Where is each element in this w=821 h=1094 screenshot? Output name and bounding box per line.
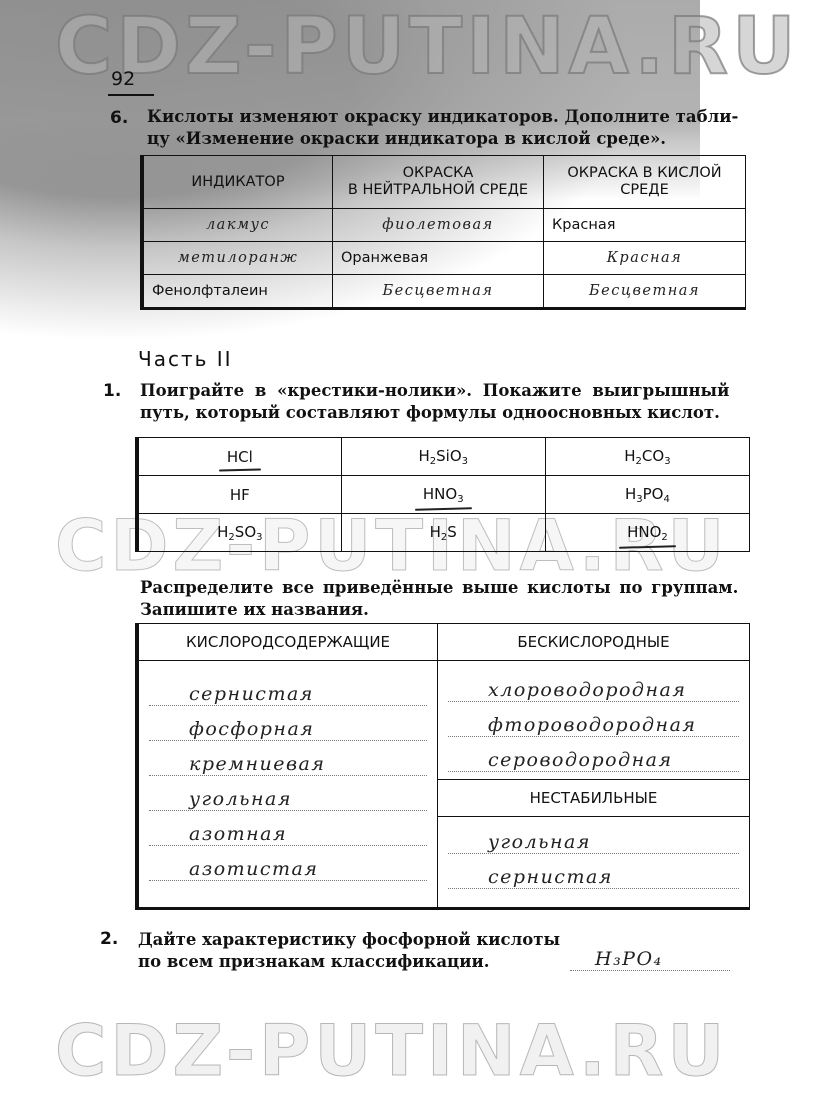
- oxygen-containing-list: сернистаяфосфорнаякремниеваяугольнаяазот…: [137, 661, 438, 909]
- list-item[interactable]: хлороводородная: [448, 667, 739, 702]
- grid-row: HF HNO3 H3PO4: [137, 476, 750, 514]
- task-1-text-line2: путь, который составляют формулы одноосн…: [140, 402, 720, 424]
- watermark-top: CDZ-PUTINA.RU: [55, 2, 799, 92]
- grid-cell[interactable]: H3PO4: [545, 476, 749, 514]
- task-6-text-line1: Кислоты изменяют окраску индикаторов. До…: [147, 106, 738, 128]
- grid-row: HCl H2SiO3 H2CO3: [137, 438, 750, 476]
- list-item-text: сероводородная: [488, 749, 673, 771]
- neutral-color-cell[interactable]: фиолетовая: [333, 209, 544, 242]
- watermark-bottom: CDZ-PUTINA.RU: [55, 1010, 728, 1092]
- task-6-text-line2: цу «Изменение окраски индикатора в кисло…: [147, 128, 666, 150]
- list-item[interactable]: фтороводородная: [448, 702, 739, 737]
- list-item-text: фтороводородная: [488, 714, 696, 736]
- acid-groups-header-row: КИСЛОРОДСОДЕРЖАЩИЕ БЕСКИСЛОРОДНЫЕ: [137, 624, 750, 661]
- header-acid-line2: СРЕДЕ: [544, 182, 745, 199]
- header-acid: ОКРАСКА В КИСЛОЙ СРЕДЕ: [544, 156, 746, 209]
- indicator-cell[interactable]: метилоранж: [142, 242, 333, 275]
- page-number-rule: [108, 94, 154, 96]
- grid-cell[interactable]: HNO3: [341, 476, 545, 514]
- formula: H2CO3: [624, 447, 670, 467]
- grid-cell[interactable]: H2S: [341, 514, 545, 552]
- list-item[interactable]: азотистая: [149, 846, 427, 881]
- header-oxygen-containing: КИСЛОРОДСОДЕРЖАЩИЕ: [137, 624, 438, 661]
- task-1-text-line1: Поиграйте в «крестики-нолики». Покажите …: [140, 380, 729, 402]
- list-item-text: сернистая: [189, 683, 314, 705]
- indicator-row: Фенолфталеин Бесцветная Бесцветная: [142, 275, 746, 309]
- task-2-answer-field[interactable]: H₃PO₄: [570, 944, 730, 971]
- task-2-number: 2.: [100, 929, 118, 949]
- header-indicator: ИНДИКАТОР: [142, 156, 333, 209]
- oxygen-free-lines: хлороводороднаяфтороводороднаясероводоро…: [438, 661, 749, 779]
- header-neutral-line2: В НЕЙТРАЛЬНОЙ СРЕДЕ: [333, 182, 543, 199]
- indicator-table-header-row: ИНДИКАТОР ОКРАСКА В НЕЙТРАЛЬНОЙ СРЕДЕ ОК…: [142, 156, 746, 209]
- task-1-number: 1.: [103, 381, 121, 401]
- list-item[interactable]: сероводородная: [448, 737, 739, 772]
- list-item-text: азотная: [189, 823, 287, 845]
- task-2-text-line2: по всем признакам классификации.: [138, 951, 489, 973]
- header-acid-line1: ОКРАСКА В КИСЛОЙ: [544, 165, 745, 182]
- list-item[interactable]: сернистая: [448, 854, 739, 889]
- header-neutral-line1: ОКРАСКА: [333, 165, 543, 182]
- acid-color-cell: Красная: [544, 209, 746, 242]
- acid-groups-table: КИСЛОРОДСОДЕРЖАЩИЕ БЕСКИСЛОРОДНЫЕ сернис…: [135, 623, 750, 910]
- formula: H2S: [430, 523, 457, 543]
- oxygen-free-column: хлороводороднаяфтороводороднаясероводоро…: [438, 661, 750, 909]
- formula: HF: [230, 486, 250, 504]
- unstable-lines: угольнаясернистая: [438, 817, 749, 889]
- list-item-text: фосфорная: [189, 718, 314, 740]
- formula: HCl: [227, 448, 253, 466]
- grid-cell[interactable]: HF: [137, 476, 341, 514]
- page-number: 92: [111, 68, 135, 90]
- indicator-cell[interactable]: лакмус: [142, 209, 333, 242]
- grid-cell[interactable]: H2SO3: [137, 514, 341, 552]
- indicator-table: ИНДИКАТОР ОКРАСКА В НЕЙТРАЛЬНОЙ СРЕДЕ ОК…: [140, 155, 746, 310]
- indicator-row: лакмус фиолетовая Красная: [142, 209, 746, 242]
- formula: HNO3: [423, 485, 464, 505]
- acid-color-cell[interactable]: Красная: [544, 242, 746, 275]
- list-item[interactable]: угольная: [448, 819, 739, 854]
- list-item[interactable]: сернистая: [149, 671, 427, 706]
- acid-groups-body-row: сернистаяфосфорнаякремниеваяугольнаяазот…: [137, 661, 750, 909]
- indicator-cell: Фенолфталеин: [142, 275, 333, 309]
- section-title: Часть II: [138, 347, 233, 371]
- list-item-text: азотистая: [189, 858, 318, 880]
- grid-cell[interactable]: HCl: [137, 438, 341, 476]
- task-2-answer: H₃PO₄: [595, 948, 663, 970]
- header-neutral: ОКРАСКА В НЕЙТРАЛЬНОЙ СРЕДЕ: [333, 156, 544, 209]
- neutral-color-cell: Оранжевая: [333, 242, 544, 275]
- tic-tac-toe-grid: HCl H2SiO3 H2CO3 HF HNO3 H3PO4 H2SO3 H2S…: [135, 437, 750, 552]
- list-item[interactable]: фосфорная: [149, 706, 427, 741]
- distribute-text-line1: Распределите все приведённые выше кислот…: [140, 577, 738, 599]
- formula: H2SO3: [217, 523, 262, 543]
- formula: H3PO4: [625, 485, 670, 505]
- list-item-text: сернистая: [488, 866, 613, 888]
- list-item-text: угольная: [189, 788, 292, 810]
- acid-color-cell[interactable]: Бесцветная: [544, 275, 746, 309]
- grid-cell[interactable]: HNO2: [545, 514, 749, 552]
- grid-cell[interactable]: H2CO3: [545, 438, 749, 476]
- grid-cell[interactable]: H2SiO3: [341, 438, 545, 476]
- formula: HNO2: [627, 523, 668, 543]
- list-item-text: хлороводородная: [488, 679, 686, 701]
- formula: H2SiO3: [418, 447, 468, 467]
- list-item[interactable]: угольная: [149, 776, 427, 811]
- indicator-row: метилоранж Оранжевая Красная: [142, 242, 746, 275]
- distribute-text-line2: Запишите их названия.: [140, 599, 369, 621]
- list-item-text: угольная: [488, 831, 591, 853]
- grid-row: H2SO3 H2S HNO2: [137, 514, 750, 552]
- list-item[interactable]: кремниевая: [149, 741, 427, 776]
- oxygen-containing-lines: сернистаяфосфорнаякремниеваяугольнаяазот…: [139, 661, 437, 881]
- neutral-color-cell[interactable]: Бесцветная: [333, 275, 544, 309]
- header-oxygen-free: БЕСКИСЛОРОДНЫЕ: [438, 624, 750, 661]
- task-6-number: 6.: [110, 108, 128, 128]
- list-item-text: кремниевая: [189, 753, 325, 775]
- task-2-text-line1: Дайте характеристику фосфорной кислоты: [138, 929, 560, 951]
- list-item[interactable]: азотная: [149, 811, 427, 846]
- header-unstable: НЕСТАБИЛЬНЫЕ: [438, 779, 749, 817]
